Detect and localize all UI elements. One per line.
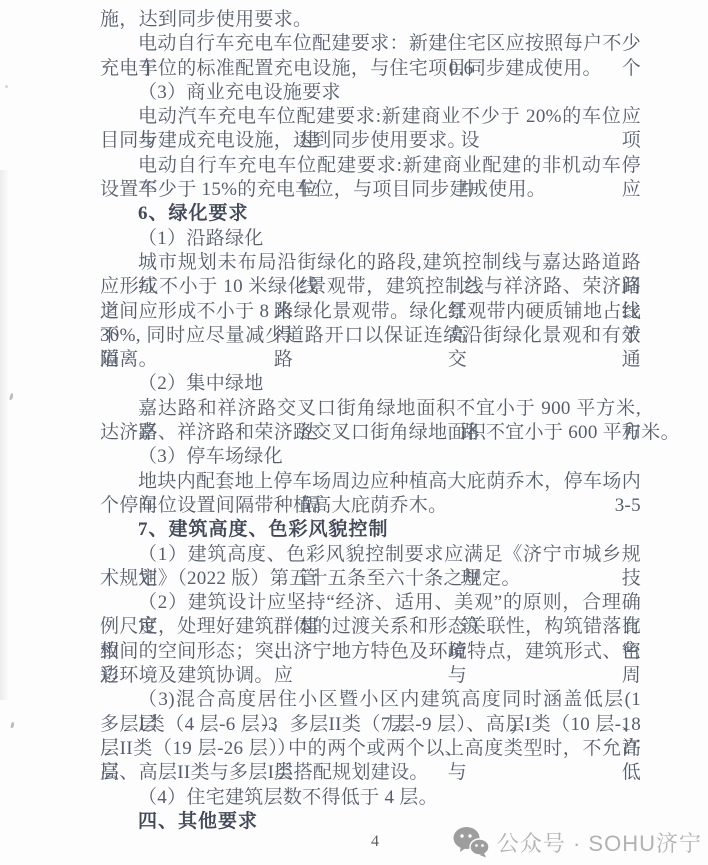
text-line: 达济路、祥济路和荣济路交叉口街角绿地面积不宜小于 600 平方米。 [100,421,641,445]
text-line: （2）建筑设计应坚持“经济、适用、美观”的原则，合理确定建筑比 [100,591,641,615]
text-line: 充电车位的标准配置充电设施，与住宅项目同步建成使用。 [100,57,641,81]
text-line: 应形成不小于 10 米绿化景观带，建筑控制线与祥济路、荣济路道路红线 [100,275,641,299]
wechat-icon [453,826,489,858]
text-line: 多层I类（4 层-6 层）、多层II类（7 层-9 层）、高层I类（10 层-1… [100,713,641,737]
heading-line: 7、建筑高度、色彩风貌控制 [100,518,641,542]
text-line: 例尺度，处理好建筑群体的过渡关系和形态关联性，构筑错落有致、疏密 [100,615,641,639]
text-line: （3）商业充电设施要求 [100,81,641,105]
document-body: 施，达到同步使用要求。电动自行车充电车位配建要求：新建住宅区应按照每户不少于 0… [100,8,641,834]
scan-speck [5,85,8,88]
text-line: 嘉达路和祥济路交叉口街角绿地面积不宜小于 900 平方米,嘉达路和 [100,397,641,421]
text-line: （1）沿路绿化 [100,227,641,251]
text-line: 电动汽车充电车位配建要求:新建商业不少于 20%的车位应与建设项 [100,105,641,129]
page-number: 4 [371,833,379,851]
text-line: 城市规划未布局沿街绿化的路段,建筑控制线与嘉达路道路红线之间 [100,251,641,275]
heading-line: 6、绿化要求 [100,202,641,226]
text-line: （3）停车场绿化 [100,445,641,469]
text-line: 电动自行车充电车位配建要求：新建住宅区应按照每户不少于 0.6 个 [100,32,641,56]
text-line: 相间的空间形态；突出济宁地方特色及环境特点，建筑形式、色彩应与周 [100,640,641,664]
text-line: 施，达到同步使用要求。 [100,8,641,32]
scan-speck [9,393,13,400]
scan-speck [11,722,15,728]
text-line: （3)混合高度居住小区暨小区内建筑高度同时涵盖低层(1 层-3 层)、 [100,688,641,712]
text-line: 层II类（19 层-26 层）中的两个或两个以上高度类型时，不允许高层与低 [100,737,641,761]
text-line: （1）建筑高度、色彩风貌控制要求应满足《济宁市城乡规划管理技 [100,543,641,567]
text-line: 电动自行车充电车位配建要求:新建商业配建的非机动车停车位中应 [100,154,641,178]
text-line: （4）住宅建筑层数不得低于 4 层。 [100,786,641,810]
text-line: （2）集中绿地 [100,372,641,396]
text-line: 之间应形成不小于 8 米绿化景观带。绿化景观带内硬质铺地占比不得高于 [100,300,641,324]
text-line: 30%, 同时应尽量减少道路开口以保证连续沿街绿化景观和有效道路交通 [100,324,641,348]
scan-edge-shadow [0,170,9,700]
watermark-label: 公众号 · SOHU济宁 [497,827,702,858]
text-line: 地块内配套地上停车场周边应种植高大庇荫乔木，停车场内间隔 3-5 [100,470,641,494]
watermark: 公众号 · SOHU济宁 [453,826,702,858]
